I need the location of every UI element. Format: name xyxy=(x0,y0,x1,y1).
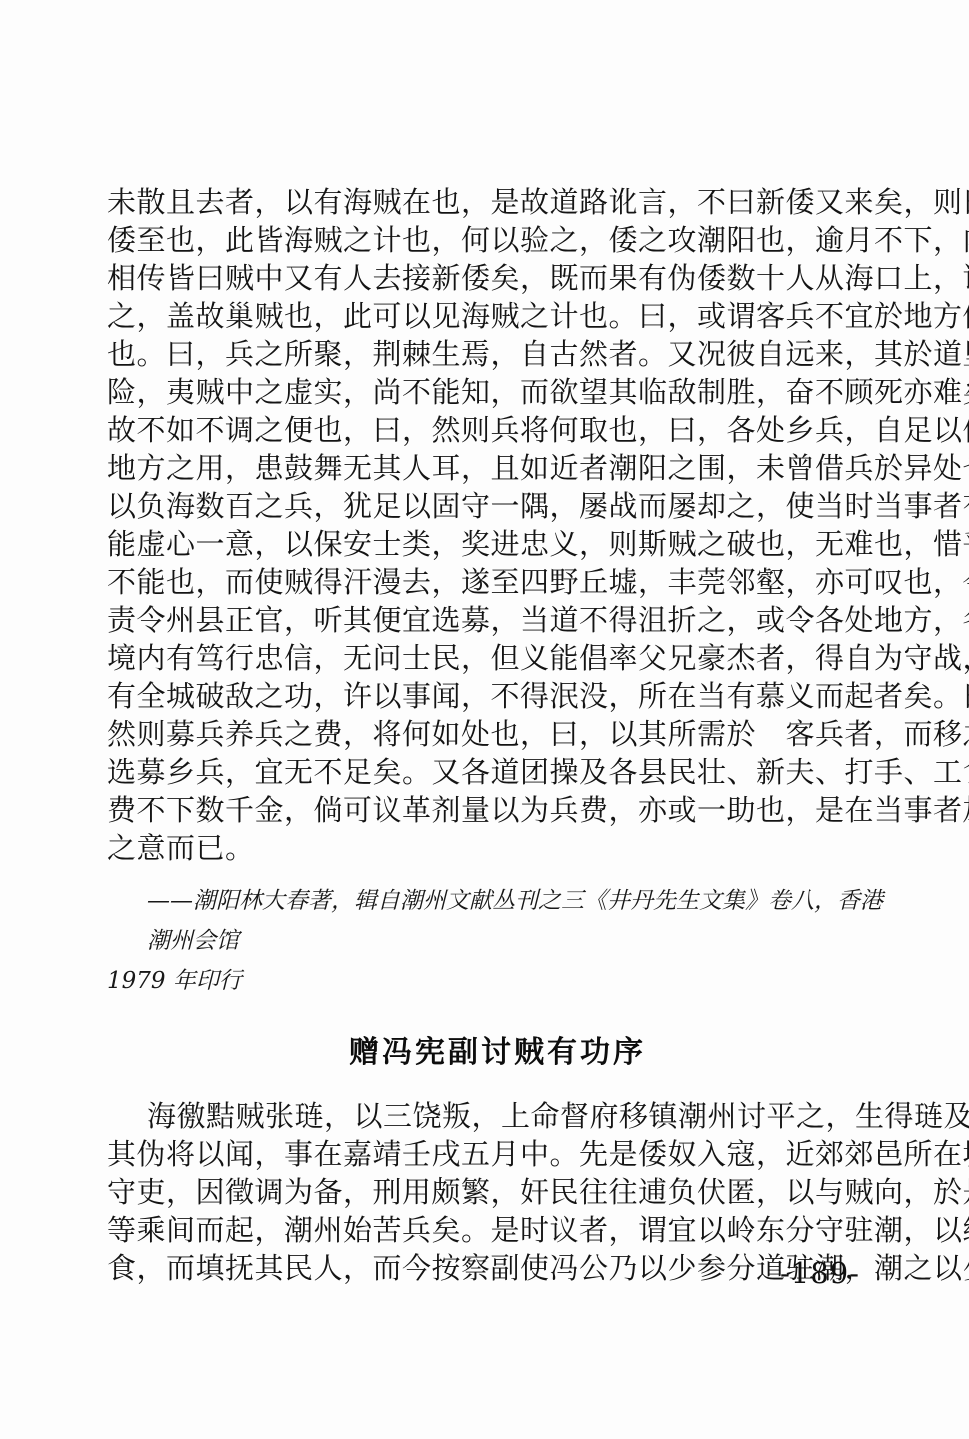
text-line: 之意而已。 xyxy=(107,829,888,867)
citation-year-line: 1979 年印行 xyxy=(107,961,888,1001)
text-line: 相传皆曰贼中又有人去接新倭矣，既而果有伪倭数十人从海口上，谍 xyxy=(107,259,888,297)
text-line: 海徼黠贼张琏，以三饶叛，上命督府移镇潮州讨平之，生得琏及 xyxy=(107,1097,888,1135)
text-block: 未散且去者，以有海贼在也，是故道路讹言，不曰新倭又来矣，则曰闽 倭至也，此皆海贼… xyxy=(107,0,888,1287)
text-line: 费不下数千金，倘可议革剂量以为兵费，亦或一助也，是在当事者加 xyxy=(107,791,888,829)
text-line: 有全城破敌之功，许以事闻，不得泯没，所在当有慕义而起者矣。曰， xyxy=(107,677,888,715)
paragraph-discussion-on-pirates: 未散且去者，以有海贼在也，是故道路讹言，不曰新倭又来矣，则曰闽 倭至也，此皆海贼… xyxy=(107,183,888,867)
citation-source-line: ——潮阳林大春著，辑自潮州文献丛刊之三《井丹先生文集》卷八，香港潮州会馆 xyxy=(107,881,888,961)
text-line: 等乘间而起，潮州始苦兵矣。是时议者，谓宜以岭东分守驻潮，以给军 xyxy=(107,1211,888,1249)
text-line: 之，盖故巢贼也，此可以见海贼之计也。曰，或谓客兵不宜於地方何 xyxy=(107,297,888,335)
text-line: 守吏，因徵调为备，刑用颇繁，奸民往往逋负伏匿，以与贼向，於是琏 xyxy=(107,1173,888,1211)
text-line: 食，而填抚其民人，而今按察副使冯公乃以少参分道驻潮，潮之以少 xyxy=(107,1249,888,1287)
source-citation: ——潮阳林大春著，辑自潮州文献丛刊之三《井丹先生文集》卷八，香港潮州会馆 197… xyxy=(107,881,888,1001)
scanned-book-page: 未散且去者，以有海贼在也，是故道路讹言，不曰新倭又来矣，则曰闽 倭至也，此皆海贼… xyxy=(0,0,969,1439)
text-line: 以负海数百之兵，犹足以固守一隅，屡战而屡却之，使当时当事者有 xyxy=(107,487,888,525)
text-line: 选募乡兵，宜无不足矣。又各道团操及各县民壮、新夫、打手、工食，岁 xyxy=(107,753,888,791)
text-line: 然则募兵养兵之费，将何如处也，曰，以其所需於 客兵者，而移之以 xyxy=(107,715,888,753)
text-line: 故不如不调之便也，曰，然则兵将何取也，曰，各处乡兵，自足以供各 xyxy=(107,411,888,449)
text-line: 未散且去者，以有海贼在也，是故道路讹言，不曰新倭又来矣，则曰闽 xyxy=(107,183,888,221)
page-number: -189- xyxy=(780,1256,860,1290)
text-line: 地方之用，患鼓舞无其人耳，且如近者潮阳之围，未曾借兵於异处也， xyxy=(107,449,888,487)
text-line: 倭至也，此皆海贼之计也，何以验之，倭之攻潮阳也，逾月不下，内外 xyxy=(107,221,888,259)
text-line: 不能也，而使贼得汗漫去，遂至四野丘墟，丰莞邻壑，亦可叹也，今如 xyxy=(107,563,888,601)
text-line: 能虚心一意，以保安士类，奖进忠义，则斯贼之破也，无难也，惜乎其 xyxy=(107,525,888,563)
text-line: 也。曰，兵之所聚，荆棘生焉，自古然者。又况彼自远来，其於道里之 xyxy=(107,335,888,373)
text-line: 责令州县正官，听其便宜选募，当道不得沮折之，或令各处地方，各推 xyxy=(107,601,888,639)
text-line: 险，夷贼中之虚实，尚不能知，而欲望其临敌制胜，奋不顾死亦难矣。 xyxy=(107,373,888,411)
paragraph-preface-to-feng: 海徼黠贼张琏，以三饶叛，上命督府移镇潮州讨平之，生得琏及 其伪将以闻，事在嘉靖壬… xyxy=(107,1097,888,1287)
text-line: 境内有笃行忠信，无问士民，但义能倡率父兄豪杰者，得自为守战，果 xyxy=(107,639,888,677)
text-line: 其伪将以闻，事在嘉靖壬戌五月中。先是倭奴入寇，近郊郊邑所在城 xyxy=(107,1135,888,1173)
section-title: 赠冯宪副讨贼有功序 xyxy=(107,1035,888,1071)
